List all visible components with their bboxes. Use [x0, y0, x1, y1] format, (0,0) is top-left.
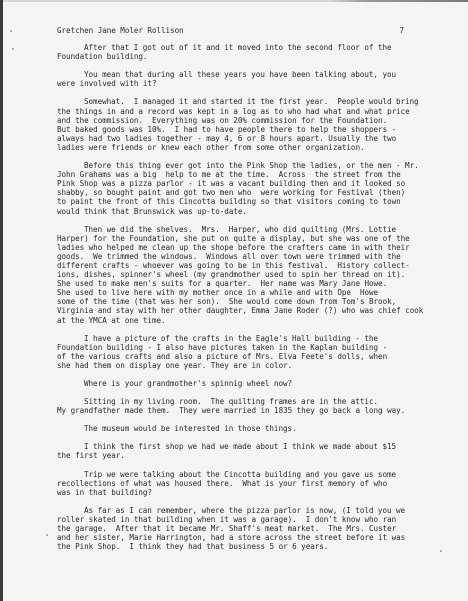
text-line: and the commission. Everything was on 20… [57, 116, 412, 125]
text-line: the garage. After that it became Mr. Sha… [57, 524, 412, 533]
scan-left-edge [0, 0, 3, 601]
text-line: She used to live here with my mother onc… [57, 288, 412, 297]
text-line: Virginia and stay with her other daughte… [57, 306, 412, 315]
transcript-paragraph: Where is your grandmother's spinnig whee… [57, 379, 412, 388]
text-line: and her sister, Marie Harrington, had a … [57, 533, 412, 542]
text-line: After that I got out of it and it moved … [57, 43, 412, 52]
text-line: she had them on display one year. They a… [57, 361, 412, 370]
transcript-paragraph: Sitting in my living room. The quilting … [57, 397, 412, 415]
scan-speck [10, 30, 12, 32]
text-line: recollections of what was housed there. … [57, 479, 412, 488]
transcript-paragraph: The museum would be interested in those … [57, 424, 412, 433]
transcript-paragraph: I have a picture of the crafts in the Ea… [57, 334, 412, 370]
scan-top-edge [0, 0, 468, 2]
text-line: of the various crafts and also a picture… [57, 352, 412, 361]
text-line: would think that Brunswick was up-to-dat… [57, 207, 412, 216]
text-line: different crafts - whoever was going to … [57, 261, 412, 270]
scan-speck [12, 48, 14, 50]
transcript-paragraph: Before this thing ever got into the Pink… [57, 161, 412, 216]
text-line: I have a picture of the crafts in the Ea… [57, 334, 412, 343]
text-line: roller skated in that building when it w… [57, 515, 412, 524]
interviewee-name: Gretchen Jane Moler Rollison [57, 26, 184, 35]
text-line: She used to make men's suits for a quart… [57, 279, 412, 288]
text-line: Foundation building - I also have pictur… [57, 343, 412, 352]
text-line: to paint the front of this Cincotta buil… [57, 197, 412, 206]
text-line: the Pink Shop. I think they had that bus… [57, 542, 412, 551]
text-line: always had two ladies together - may 4, … [57, 134, 412, 143]
text-line: the things in and a record was kept in a… [57, 107, 412, 116]
text-line: shabby, so bought paint and got two men … [57, 188, 412, 197]
text-line: was in that building? [57, 488, 412, 497]
text-line: John Grahams was a big help to me at the… [57, 170, 412, 179]
text-line: the first year. [57, 451, 412, 460]
text-line: at the YMCA at one time. [57, 316, 412, 325]
text-line: I think the first shop we had we made ab… [57, 442, 412, 451]
text-line: My grandfather made them. They were marr… [57, 406, 412, 415]
text-line: You mean that during all these years you… [57, 70, 412, 79]
transcript-paragraph: As far as I can remember, where the pizz… [57, 506, 412, 551]
text-line: ions, dishes, spinner's wheel (my grandm… [57, 270, 412, 279]
text-line: But baked goods was 10%. I had to have p… [57, 125, 412, 134]
text-line: goods. We trimmed the windows. Windows a… [57, 252, 412, 261]
page-number: 7 [399, 26, 404, 35]
text-line: Sitting in my living room. The quilting … [57, 397, 412, 406]
text-line: Foundation building. [57, 52, 412, 61]
text-line: ladies were friends or knew each other f… [57, 143, 412, 152]
page-header: Gretchen Jane Moler Rollison 7 [57, 26, 412, 35]
text-line: The museum would be interested in those … [57, 424, 412, 433]
text-line: As far as I can remember, where the pizz… [57, 506, 412, 515]
transcript-body: After that I got out of it and it moved … [57, 43, 412, 551]
text-line: were involved with it? [57, 79, 412, 88]
scan-speck [46, 534, 48, 536]
transcript-paragraph: I think the first shop we had we made ab… [57, 442, 412, 460]
text-line: some of the time (that was her son). She… [57, 297, 412, 306]
transcript-paragraph: Trip we were talking about the Cincotta … [57, 470, 412, 497]
transcript-paragraph: Then we did the shelves. Mrs. Harper, wh… [57, 225, 412, 325]
text-line: Pink Shop was a pizza parlor - it was a … [57, 179, 412, 188]
text-line: Then we did the shelves. Mrs. Harper, wh… [57, 225, 412, 234]
text-line: Somewhat. I managed it and started it th… [57, 97, 412, 106]
transcript-paragraph: You mean that during all these years you… [57, 70, 412, 88]
text-line: Before this thing ever got into the Pink… [57, 161, 412, 170]
text-line: Harper) for the Foundation, she put on q… [57, 234, 412, 243]
document-page: Gretchen Jane Moler Rollison 7 After tha… [57, 26, 412, 560]
transcript-paragraph: Somewhat. I managed it and started it th… [57, 97, 412, 152]
text-line: Trip we were talking about the Cincotta … [57, 470, 412, 479]
scan-speck [440, 550, 442, 552]
text-line: ladies who helped me clean up the shope … [57, 243, 412, 252]
transcript-paragraph: After that I got out of it and it moved … [57, 43, 412, 61]
text-line: Where is your grandmother's spinnig whee… [57, 379, 412, 388]
